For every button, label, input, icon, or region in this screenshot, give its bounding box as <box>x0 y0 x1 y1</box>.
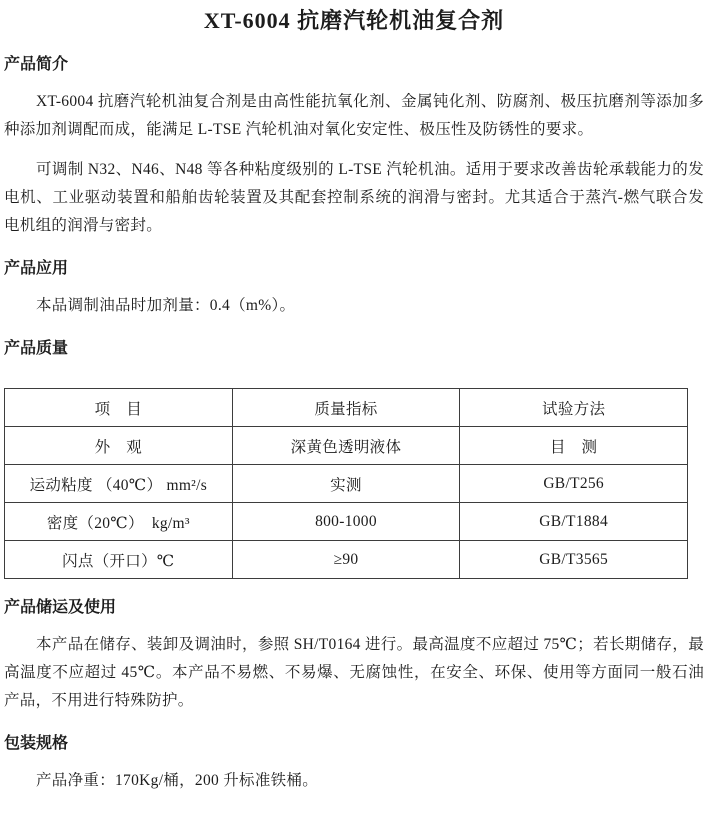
table-cell-method: GB/T1884 <box>460 503 688 541</box>
table-cell-spec: 实测 <box>232 465 460 503</box>
document-page: XT-6004 抗磨汽轮机油复合剂 产品简介 XT-6004 抗磨汽轮机油复合剂… <box>0 0 709 827</box>
table-cell-spec: 深黄色透明液体 <box>232 427 460 465</box>
table-cell-method: GB/T256 <box>460 465 688 503</box>
table-row: 运动粘度 （40℃） mm²/s 实测 GB/T256 <box>5 465 688 503</box>
application-paragraph: 本品调制油品时加剂量：0.4（m%）。 <box>4 292 704 320</box>
section-heading-intro: 产品简介 <box>4 54 704 76</box>
table-cell-item: 闪点（开口）℃ <box>5 541 233 579</box>
table-row: 密度（20℃） kg/m³ 800-1000 GB/T1884 <box>5 503 688 541</box>
table-header-method: 试验方法 <box>460 389 688 427</box>
table-cell-spec: ≥90 <box>232 541 460 579</box>
page-title: XT-6004 抗磨汽轮机油复合剂 <box>4 6 704 36</box>
table-header-item: 项 目 <box>5 389 233 427</box>
table-cell-spec: 800-1000 <box>232 503 460 541</box>
intro-paragraph-2: 可调制 N32、N46、N48 等各种粘度级别的 L-TSE 汽轮机油。适用于要… <box>4 156 704 240</box>
table-cell-item: 外 观 <box>5 427 233 465</box>
table-cell-method: GB/T3565 <box>460 541 688 579</box>
packaging-paragraph: 产品净重：170Kg/桶，200 升标准铁桶。 <box>4 767 704 795</box>
table-cell-item: 密度（20℃） kg/m³ <box>5 503 233 541</box>
table-row: 闪点（开口）℃ ≥90 GB/T3565 <box>5 541 688 579</box>
section-heading-quality: 产品质量 <box>4 338 704 360</box>
table-cell-method: 目 测 <box>460 427 688 465</box>
section-heading-application: 产品应用 <box>4 258 704 280</box>
table-row: 外 观 深黄色透明液体 目 测 <box>5 427 688 465</box>
storage-paragraph: 本产品在储存、装卸及调油时，参照 SH/T0164 进行。最高温度不应超过 75… <box>4 631 704 715</box>
section-heading-storage: 产品储运及使用 <box>4 597 704 619</box>
table-header-row: 项 目 质量指标 试验方法 <box>5 389 688 427</box>
intro-paragraph-1: XT-6004 抗磨汽轮机油复合剂是由高性能抗氧化剂、金属钝化剂、防腐剂、极压抗… <box>4 88 704 144</box>
section-heading-packaging: 包装规格 <box>4 733 704 755</box>
table-header-spec: 质量指标 <box>232 389 460 427</box>
quality-table: 项 目 质量指标 试验方法 外 观 深黄色透明液体 目 测 运动粘度 （40℃）… <box>4 388 688 579</box>
table-cell-item: 运动粘度 （40℃） mm²/s <box>5 465 233 503</box>
